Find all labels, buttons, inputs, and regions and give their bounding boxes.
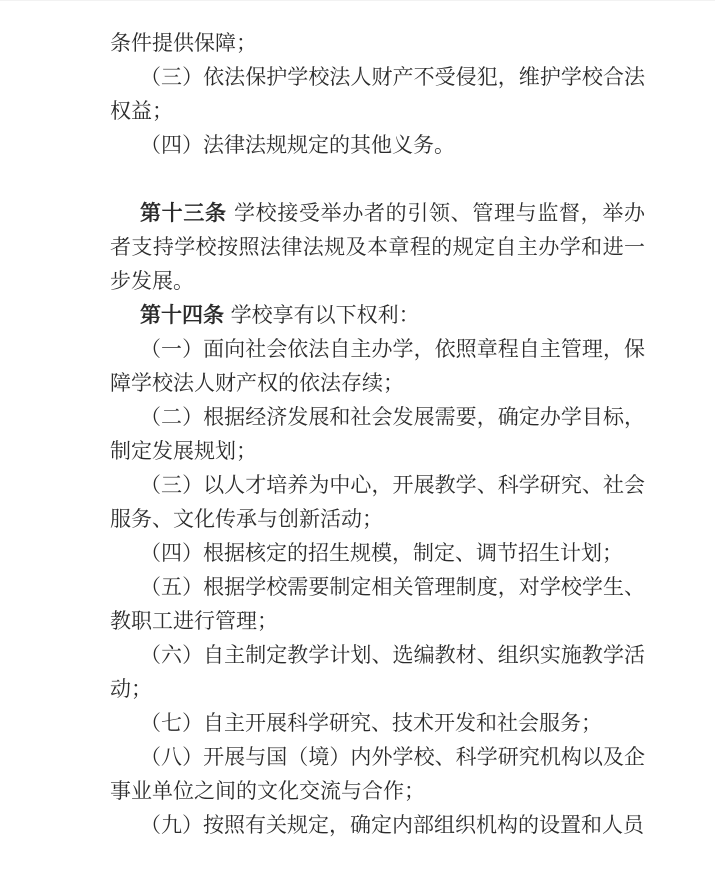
paragraph: （六）自主制定教学计划、选编教材、组织实施教学活动； (110, 638, 645, 706)
paragraph: 第十四条 学校享有以下权利： (110, 298, 645, 332)
article-number: 第十四条 (140, 303, 224, 327)
paragraph: （七）自主开展科学研究、技术开发和社会服务； (110, 706, 645, 740)
paragraph: （八）开展与国（境）内外学校、科学研究机构以及企事业单位之间的文化交流与合作； (110, 740, 645, 808)
paragraph: （五）根据学校需要制定相关管理制度，对学校学生、教职工进行管理； (110, 570, 645, 638)
paragraph-text: （九）按照有关规定，确定内部组织机构的设置和人员 (140, 813, 644, 837)
paragraph-text: （三）依法保护学校法人财产不受侵犯，维护学校合法权益； (110, 65, 645, 123)
document-body: 条件提供保障；（三）依法保护学校法人财产不受侵犯，维护学校合法权益；（四）法律法… (0, 1, 715, 842)
paragraph-text: （八）开展与国（境）内外学校、科学研究机构以及企事业单位之间的文化交流与合作； (110, 745, 645, 803)
paragraph-text: （七）自主开展科学研究、技术开发和社会服务； (140, 711, 602, 735)
article-number: 第十三条 (140, 201, 227, 225)
paragraph-text: （一）面向社会依法自主办学，依照章程自主管理，保障学校法人财产权的依法存续； (110, 337, 645, 395)
document-page: 条件提供保障；（三）依法保护学校法人财产不受侵犯，维护学校合法权益；（四）法律法… (0, 0, 715, 873)
paragraph: （三）依法保护学校法人财产不受侵犯，维护学校合法权益； (110, 60, 645, 128)
paragraph-text: （四）法律法规规定的其他义务。 (140, 133, 455, 157)
paragraph-text: （六）自主制定教学计划、选编教材、组织实施教学活动； (110, 643, 645, 701)
paragraph-text: （二）根据经济发展和社会发展需要，确定办学目标，制定发展规划； (110, 405, 645, 463)
paragraph-text: 条件提供保障； (110, 31, 257, 55)
paragraph: （三）以人才培养为中心，开展教学、科学研究、社会服务、文化传承与创新活动； (110, 468, 645, 536)
paragraph: （四）法律法规规定的其他义务。 (110, 128, 645, 162)
paragraph: （二）根据经济发展和社会发展需要，确定办学目标，制定发展规划； (110, 400, 645, 468)
paragraph: （四）根据核定的招生规模，制定、调节招生计划； (110, 536, 645, 570)
paragraph: （一）面向社会依法自主办学，依照章程自主管理，保障学校法人财产权的依法存续； (110, 332, 645, 400)
paragraph-text: 学校享有以下权利： (224, 303, 420, 327)
blank-line (110, 162, 645, 196)
paragraph: 条件提供保障； (110, 26, 645, 60)
paragraph-text: （五）根据学校需要制定相关管理制度，对学校学生、教职工进行管理； (110, 575, 645, 633)
paragraph: 第十三条 学校接受举办者的引领、管理与监督，举办者支持学校按照法律法规及本章程的… (110, 196, 645, 298)
paragraph-text: （四）根据核定的招生规模，制定、调节招生计划； (140, 541, 623, 565)
paragraph-text: （三）以人才培养为中心，开展教学、科学研究、社会服务、文化传承与创新活动； (110, 473, 645, 531)
paragraph: （九）按照有关规定，确定内部组织机构的设置和人员 (110, 808, 645, 842)
